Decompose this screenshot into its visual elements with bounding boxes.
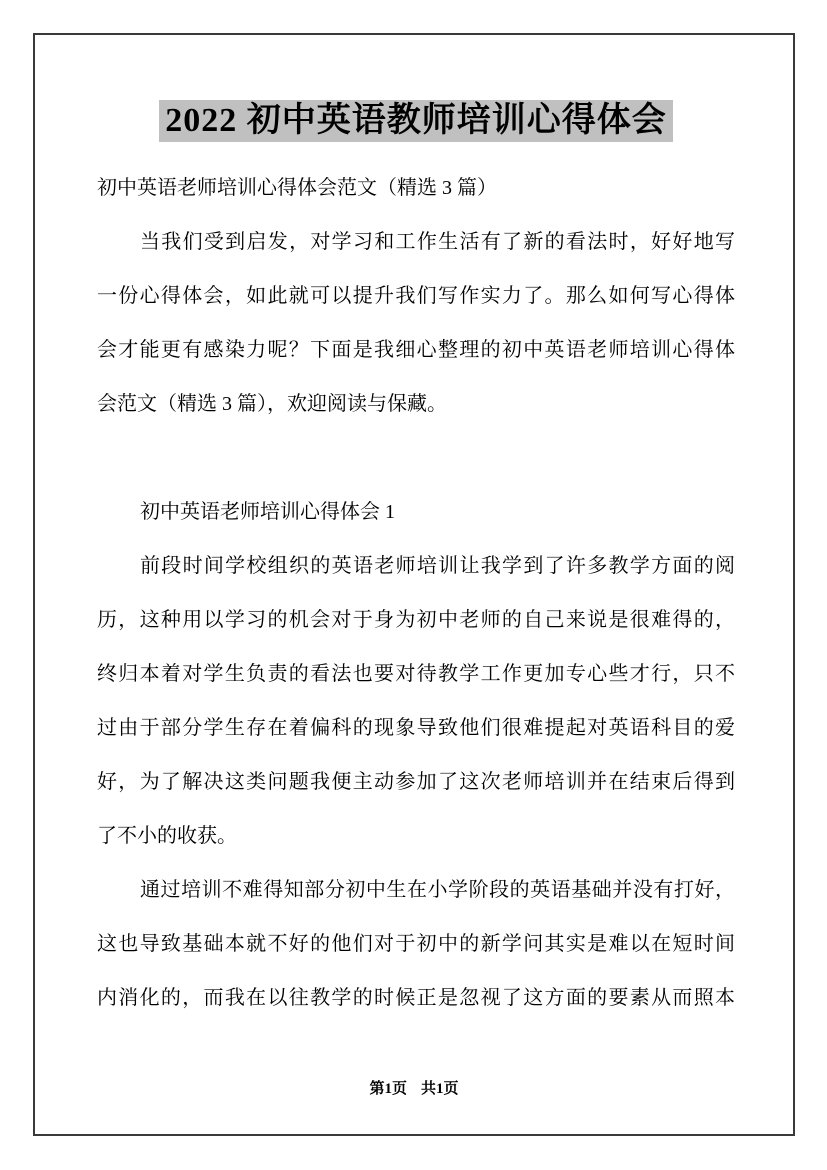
paragraph-line: 终归本着对学生负责的看法也要对待教学工作更加专心些才行，只不 [97,647,735,701]
paragraph-line: 一份心得体会，如此就可以提升我们写作实力了。那么如何写心得体 [97,269,735,323]
paragraph-1: 前段时间学校组织的英语老师培训让我学到了许多教学方面的阅 历，这种用以学习的机会… [97,539,735,863]
current-page-label: 第1页 [369,1081,407,1097]
paragraph-line: 了不小的收获。 [97,809,735,863]
total-pages-label: 共1页 [421,1081,459,1097]
paragraph-line: 会才能更有感染力呢？下面是我细心整理的初中英语老师培训心得体 [97,323,735,377]
intro-line: 初中英语老师培训心得体会范文（精选 3 篇） [97,161,735,215]
document-page: 2022 初中英语教师培训心得体会 初中英语老师培训心得体会范文（精选 3 篇）… [33,33,795,1136]
section-heading: 初中英语老师培训心得体会 1 [97,485,735,539]
paragraph-line: 这也导致基础本就不好的他们对于初中的新学问其实是难以在短时间 [97,917,735,971]
paragraph-line: 当我们受到启发，对学习和工作生活有了新的看法时，好好地写 [97,215,735,269]
paragraph-preface: 当我们受到启发，对学习和工作生活有了新的看法时，好好地写 一份心得体会，如此就可… [97,215,735,431]
paragraph-line: 过由于部分学生存在着偏科的现象导致他们很难提起对英语科目的爱 [97,701,735,755]
paragraph-line: 通过培训不难得知部分初中生在小学阶段的英语基础并没有打好， [97,863,735,917]
paragraph-2: 通过培训不难得知部分初中生在小学阶段的英语基础并没有打好， 这也导致基础本就不好… [97,863,735,1025]
paragraph-line: 前段时间学校组织的英语老师培训让我学到了许多教学方面的阅 [97,539,735,593]
blank-line [97,431,735,485]
document-body: 初中英语老师培训心得体会范文（精选 3 篇） 当我们受到启发，对学习和工作生活有… [97,161,735,1025]
paragraph-line: 历，这种用以学习的机会对于身为初中老师的自己来说是很难得的， [97,593,735,647]
document-canvas: 2022 初中英语教师培训心得体会 初中英语老师培训心得体会范文（精选 3 篇）… [0,0,827,1170]
paragraph-line: 会范文（精选 3 篇），欢迎阅读与保藏。 [97,377,735,431]
document-content: 2022 初中英语教师培训心得体会 初中英语老师培训心得体会范文（精选 3 篇）… [35,35,793,1134]
paragraph-line: 内消化的，而我在以往教学的时候正是忽视了这方面的要素从而照本 [97,971,735,1025]
page-footer: 第1页共1页 [35,1080,793,1098]
paragraph-line: 好，为了解决这类问题我便主动参加了这次老师培训并在结束后得到 [97,755,735,809]
title-row: 2022 初中英语教师培训心得体会 [97,35,735,142]
document-title: 2022 初中英语教师培训心得体会 [159,100,673,142]
